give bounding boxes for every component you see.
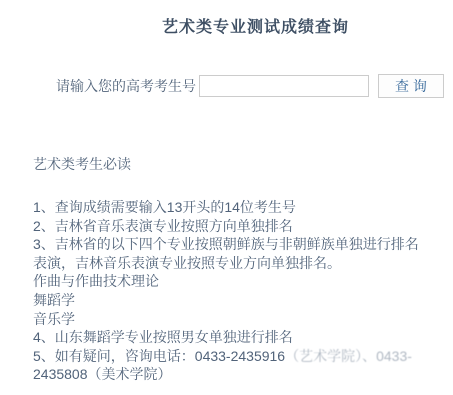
candidate-number-label: 请输入您的高考考生号 [56, 76, 196, 96]
score-query-page: 艺术类专业测试成绩查询 请输入您的高考考生号 查 询 艺术类考生必读 1、查询成… [0, 0, 453, 395]
contact-text-faded: （艺术学院）、0433- [285, 348, 412, 364]
notice-heading: 艺术类考生必读 [33, 155, 445, 173]
page-title: 艺术类专业测试成绩查询 [0, 14, 453, 37]
note-line-3: 3、吉林省的以下四个专业按照朝鲜族与非朝鲜族单独进行排名 [33, 235, 445, 254]
contact-text-suffix: 2435808（美术学院） [33, 366, 172, 382]
note-line-5-contact: 5、如有疑问，咨询电话：0433-2435916（艺术学院）、0433-2435… [33, 347, 445, 384]
query-button[interactable]: 查 询 [378, 74, 444, 98]
note-line-4: 4、山东舞蹈学专业按照男女单独进行排名 [33, 328, 445, 347]
note-major-composition: 作曲与作曲技术理论 [33, 272, 445, 291]
contact-text: 5、如有疑问，咨询电话：0433-2435916 [33, 348, 285, 364]
query-form: 请输入您的高考考生号 查 询 [56, 73, 444, 99]
note-major-music: 音乐学 [33, 310, 445, 329]
notice-section: 艺术类考生必读 1、查询成绩需要输入13开头的14位考生号 2、吉林省音乐表演专… [33, 155, 445, 384]
note-line-2: 2、吉林省音乐表演专业按照方向单独排名 [33, 217, 445, 236]
note-line-1: 1、查询成绩需要输入13开头的14位考生号 [33, 198, 445, 217]
note-major-dance: 舞蹈学 [33, 291, 445, 310]
note-line-3-continued: 表演，吉林音乐表演专业按照专业方向单独排名。 [33, 254, 445, 273]
notice-list: 1、查询成绩需要输入13开头的14位考生号 2、吉林省音乐表演专业按照方向单独排… [33, 198, 445, 384]
candidate-number-input[interactable] [199, 75, 369, 97]
